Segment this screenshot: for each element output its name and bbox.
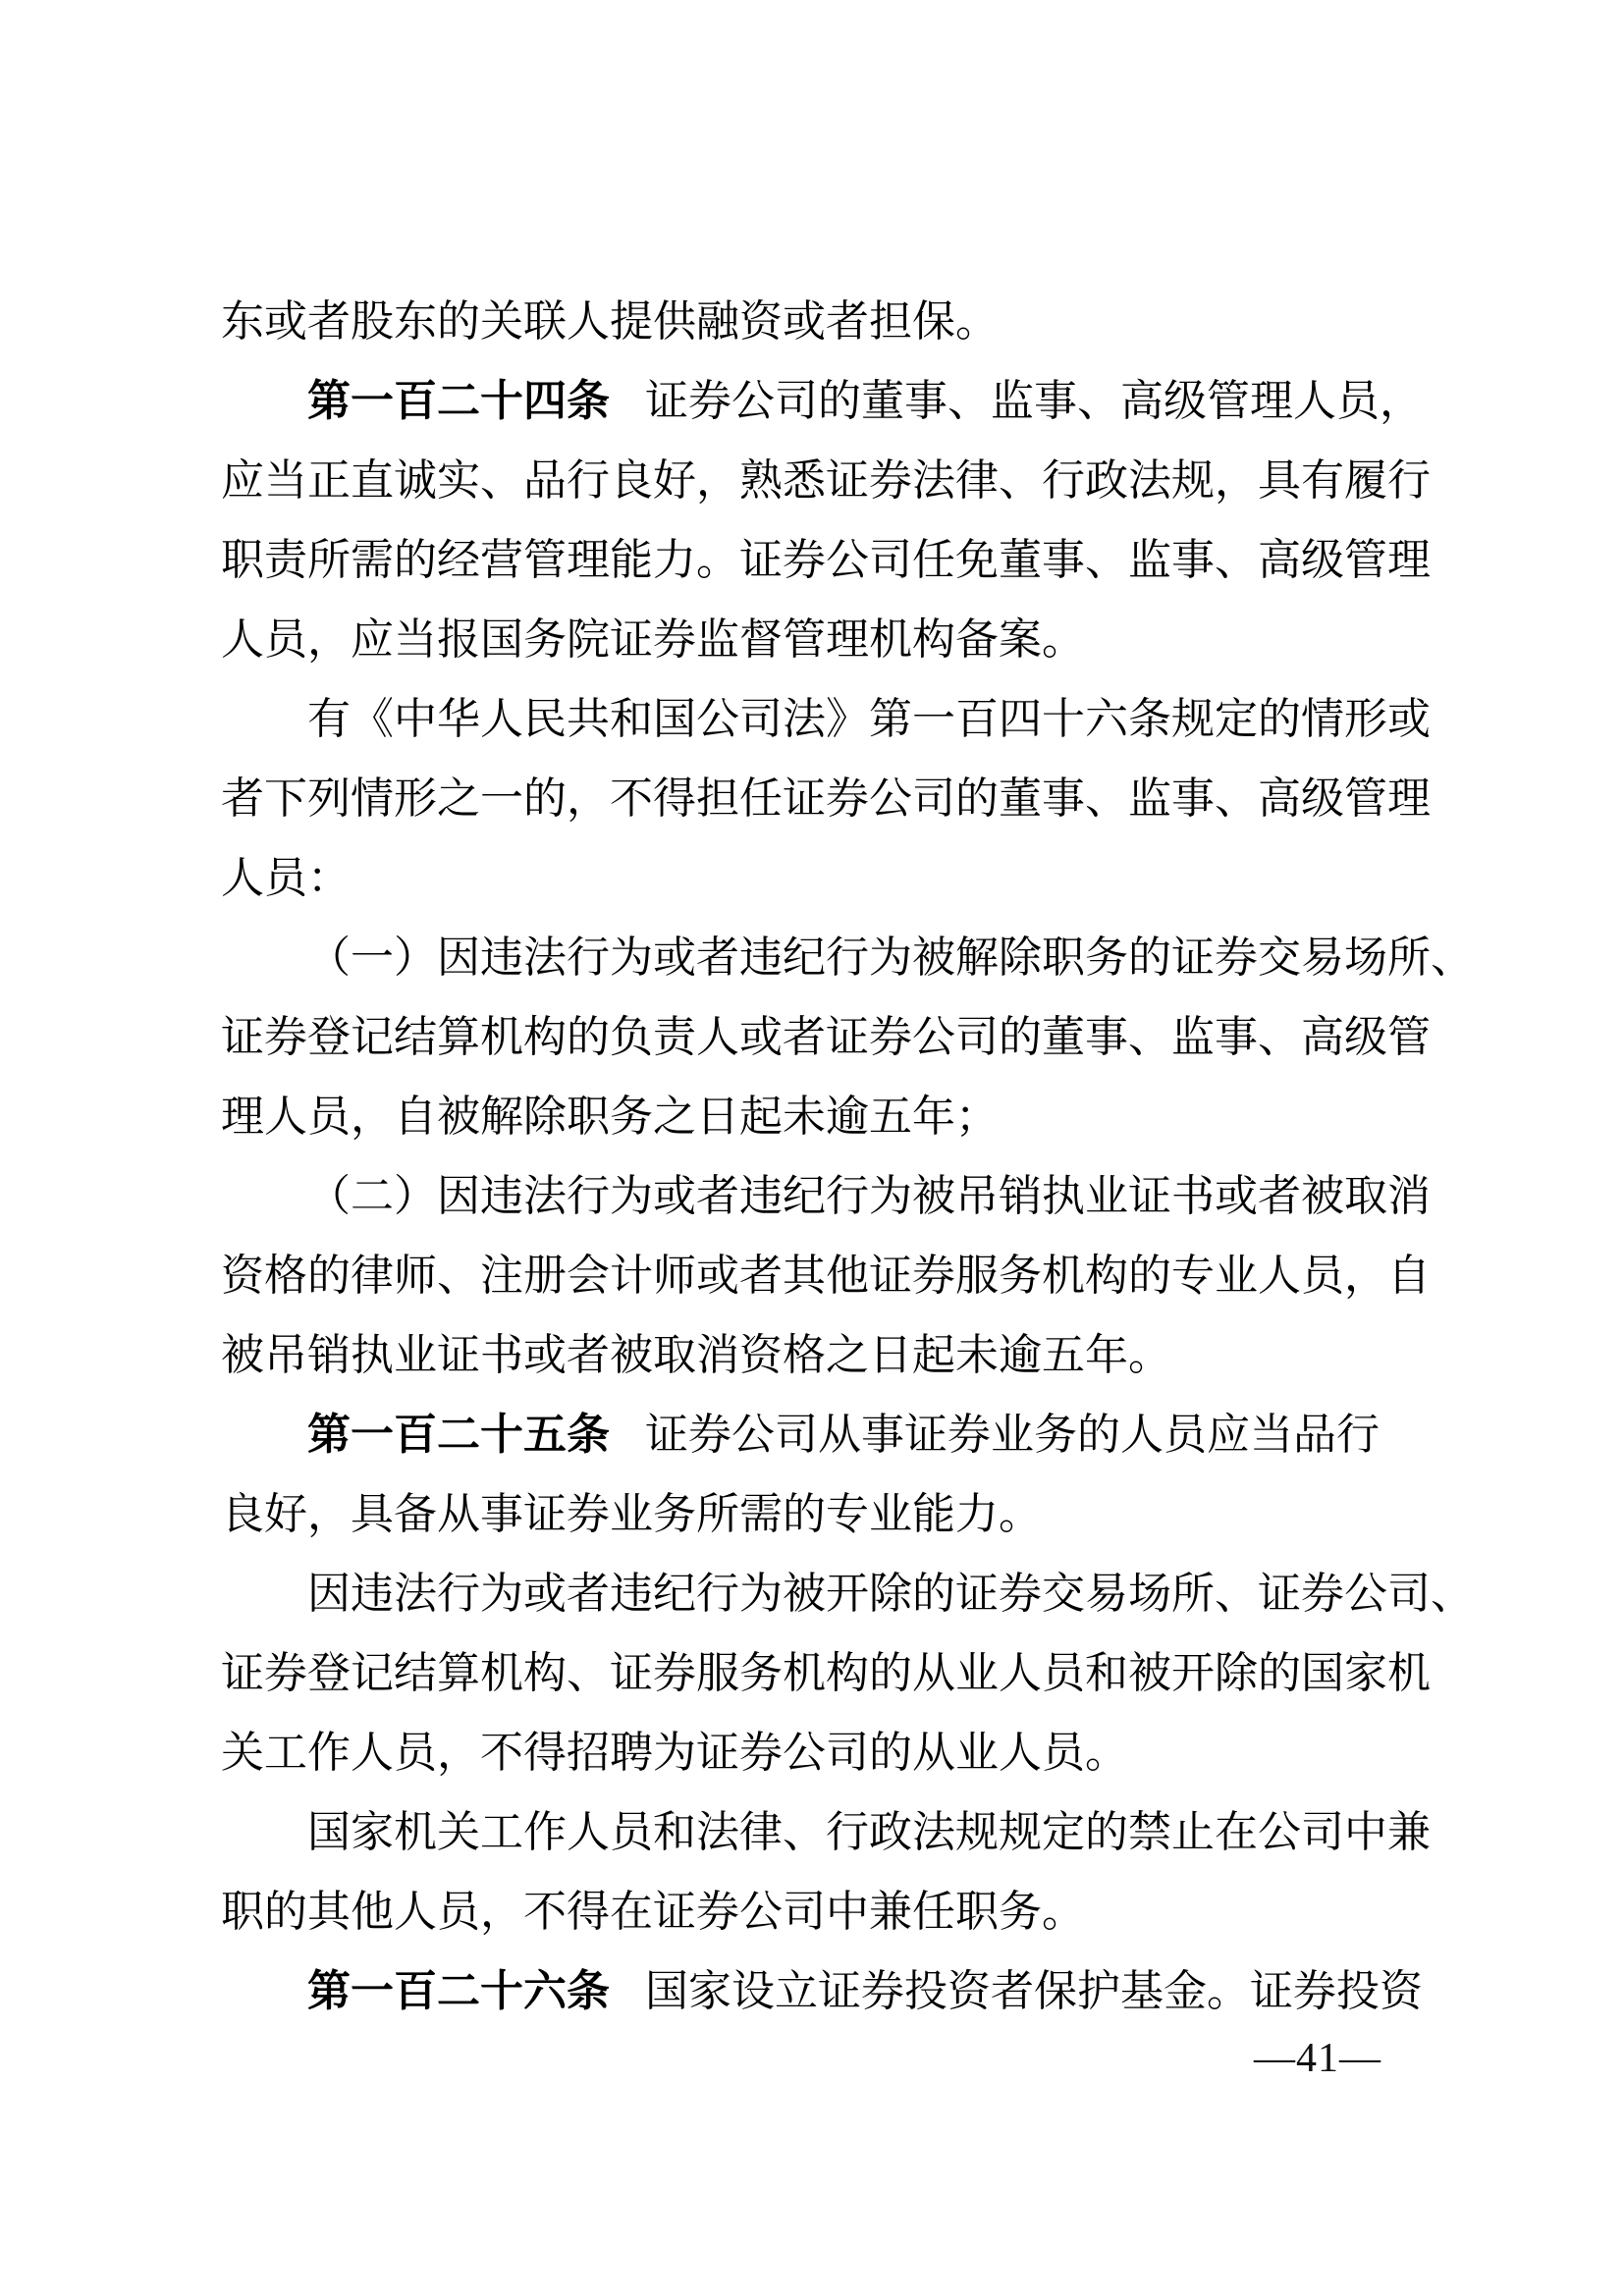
line-text: 证券公司从事证券业务的人员应当品行	[645, 1411, 1380, 1459]
text-line: 良好，具备从事证券业务所需的专业能力。	[221, 1474, 1431, 1554]
text-line: 东或者股东的关联人提供融资或者担保。	[221, 282, 1431, 361]
text-line: 理人员，自被解除职务之日起未逾五年；	[221, 1077, 1431, 1156]
line-text: 者下列情形之一的，不得担任证券公司的董事、监事、高级管理	[221, 774, 1431, 823]
text-line: 职责所需的经营管理能力。证券公司任免董事、监事、高级管理	[221, 520, 1431, 600]
list-item-line: （二）因违法行为或者违纪行为被吊销执业证书或者被取消	[221, 1156, 1431, 1236]
text-line: 人员：	[221, 838, 1431, 918]
line-text: 因违法行为或者违纪行为被开除的证券交易场所、证券公司、	[307, 1570, 1474, 1618]
text-line: 人员，应当报国务院证券监督管理机构备案。	[221, 600, 1431, 679]
document-body: 东或者股东的关联人提供融资或者担保。 第一百二十四条证券公司的董事、监事、高级管…	[221, 282, 1431, 2031]
text-line: 证券登记结算机构的负责人或者证券公司的董事、监事、高级管	[221, 997, 1431, 1077]
line-text: 证券登记结算机构、证券服务机构的从业人员和被开除的国家机	[221, 1649, 1431, 1697]
line-text: 应当正直诚实、品行良好，熟悉证券法律、行政法规，具有履行	[221, 456, 1431, 505]
line-text: 国家机关工作人员和法律、行政法规规定的禁止在公司中兼	[307, 1808, 1431, 1856]
line-text: （一）因违法行为或者违纪行为被解除职务的证券交易场所、	[307, 934, 1474, 982]
line-text: 职的其他人员，不得在证券公司中兼任职务。	[221, 1888, 1085, 1936]
text-line: 职的其他人员，不得在证券公司中兼任职务。	[221, 1872, 1431, 1951]
article-number: 第一百二十五条	[307, 1411, 610, 1459]
text-line: 应当正直诚实、品行良好，熟悉证券法律、行政法规，具有履行	[221, 441, 1431, 520]
line-text: 良好，具备从事证券业务所需的专业能力。	[221, 1490, 1042, 1538]
text-line: 被吊销执业证书或者被取消资格之日起未逾五年。	[221, 1315, 1431, 1395]
article-number: 第一百二十六条	[307, 1967, 610, 2015]
line-text: 有《中华人民共和国公司法》第一百四十六条规定的情形或	[307, 695, 1431, 743]
article-heading-line: 第一百二十四条证券公司的董事、监事、高级管理人员，	[221, 361, 1431, 441]
line-text: 理人员，自被解除职务之日起未逾五年；	[221, 1093, 999, 1141]
text-line: 关工作人员，不得招聘为证券公司的从业人员。	[221, 1713, 1431, 1792]
line-text: 国家设立证券投资者保护基金。证券投资	[645, 1967, 1423, 2015]
text-line: 有《中华人民共和国公司法》第一百四十六条规定的情形或	[221, 679, 1431, 759]
line-text: 被吊销执业证书或者被取消资格之日起未逾五年。	[221, 1331, 1171, 1379]
article-heading-line: 第一百二十五条证券公司从事证券业务的人员应当品行	[221, 1395, 1431, 1474]
text-line: 者下列情形之一的，不得担任证券公司的董事、监事、高级管理	[221, 759, 1431, 838]
line-text: 人员，应当报国务院证券监督管理机构备案。	[221, 615, 1085, 664]
article-number: 第一百二十四条	[307, 377, 610, 425]
list-item-line: （一）因违法行为或者违纪行为被解除职务的证券交易场所、	[221, 918, 1431, 997]
text-line: 国家机关工作人员和法律、行政法规规定的禁止在公司中兼	[221, 1792, 1431, 1872]
text-line: 证券登记结算机构、证券服务机构的从业人员和被开除的国家机	[221, 1633, 1431, 1713]
line-text: 东或者股东的关联人提供融资或者担保。	[221, 297, 999, 346]
line-text: 职责所需的经营管理能力。证券公司任免董事、监事、高级管理	[221, 536, 1431, 584]
line-text: 证券公司的董事、监事、高级管理人员，	[645, 377, 1423, 425]
document-page: 东或者股东的关联人提供融资或者担保。 第一百二十四条证券公司的董事、监事、高级管…	[0, 0, 1624, 2296]
line-text: （二）因违法行为或者违纪行为被吊销执业证书或者被取消	[307, 1172, 1431, 1220]
line-text: 人员：	[221, 854, 351, 902]
text-line: 资格的律师、注册会计师或者其他证券服务机构的专业人员，自	[221, 1236, 1431, 1315]
text-line: 因违法行为或者违纪行为被开除的证券交易场所、证券公司、	[221, 1554, 1431, 1633]
line-text: 证券登记结算机构的负责人或者证券公司的董事、监事、高级管	[221, 1013, 1431, 1061]
page-number: —41—	[1254, 2034, 1381, 2083]
article-heading-line: 第一百二十六条国家设立证券投资者保护基金。证券投资	[221, 1951, 1431, 2031]
line-text: 资格的律师、注册会计师或者其他证券服务机构的专业人员，自	[221, 1252, 1431, 1300]
line-text: 关工作人员，不得招聘为证券公司的从业人员。	[221, 1729, 1128, 1777]
